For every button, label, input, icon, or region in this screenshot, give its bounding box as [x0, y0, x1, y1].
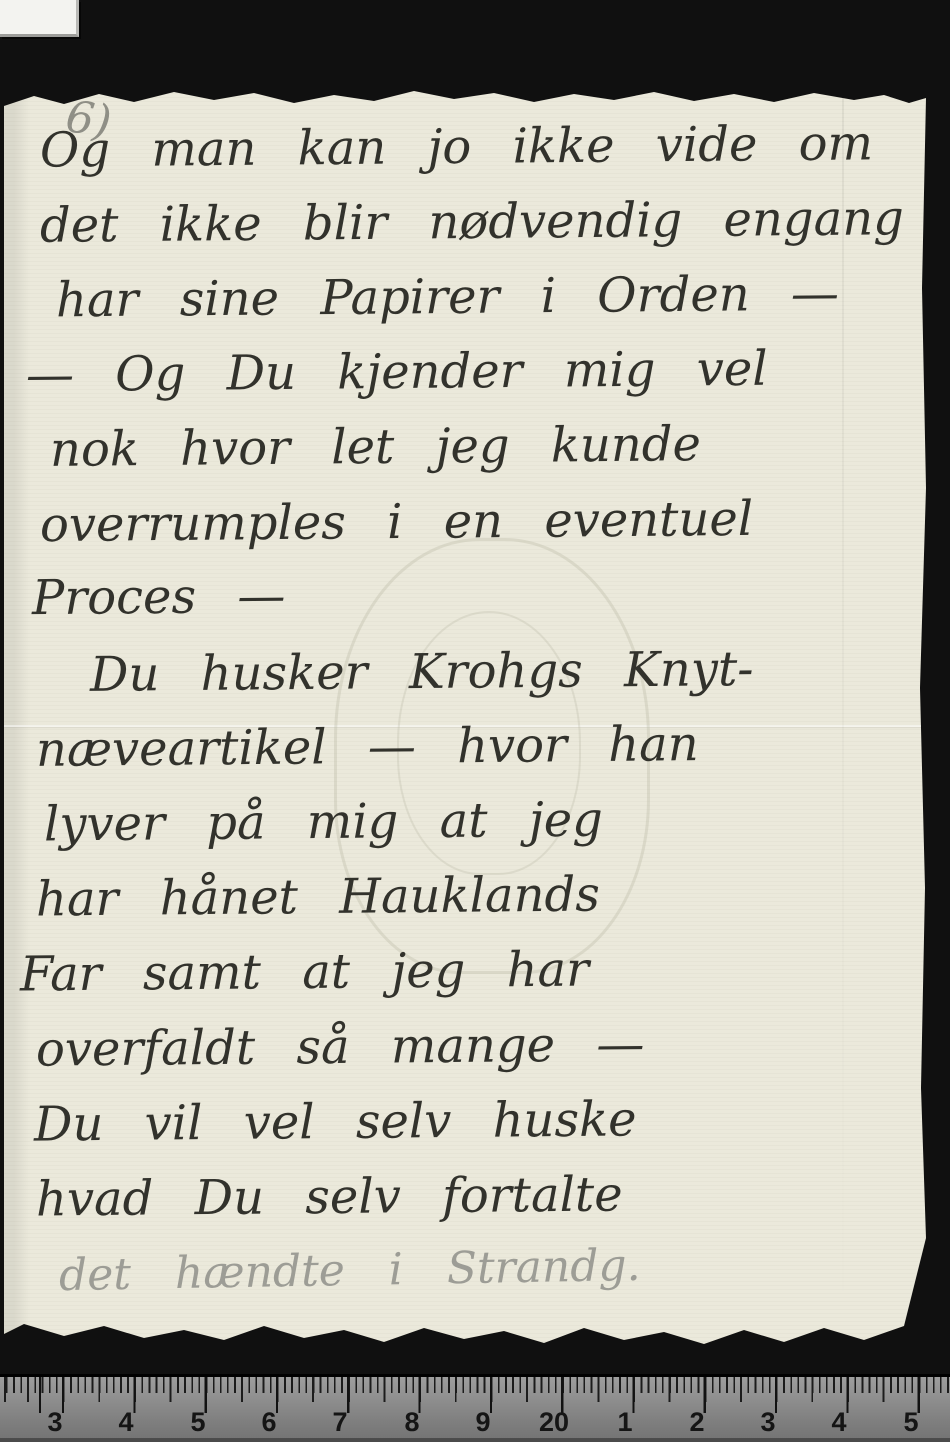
- ink-line: Du husker Krohgs Knyt-: [90, 645, 754, 699]
- ink-line: har hånet Hauklands: [36, 871, 600, 924]
- ink-line: overfaldt så mange —: [36, 1020, 645, 1073]
- ruler-label: 4: [118, 1407, 133, 1438]
- ink-line: Og man kan jo ikke vide om: [40, 119, 873, 174]
- ruler-label: 1: [617, 1407, 632, 1438]
- ink-line: Far samt at jeg har: [20, 946, 589, 999]
- ink-line: lyver på mig at jeg: [44, 796, 603, 849]
- ink-line: det ikke blir nødvendig engang: [40, 194, 904, 250]
- ruler-label: 3: [47, 1407, 62, 1438]
- ruler-label: 5: [190, 1407, 205, 1438]
- ink-line: Du vil vel selv huske: [34, 1095, 637, 1148]
- ruler-label: 4: [831, 1407, 846, 1438]
- ruler-label: 20: [539, 1407, 569, 1438]
- vertical-fold-crease: [842, 88, 844, 1346]
- pencil-annotation: det hændte i Strandg.: [59, 1240, 641, 1301]
- letter-page: 6) Og man kan jo ikke vide omdet ikke bl…: [4, 88, 926, 1346]
- ruler-label: 7: [332, 1407, 347, 1438]
- ruler-label: 2: [689, 1407, 704, 1438]
- ink-line: næveartikel — hvor han: [36, 720, 699, 774]
- ruler-label: 6: [261, 1407, 276, 1438]
- ink-line: overrumples i en eventuel: [40, 495, 754, 549]
- ink-line: — Og Du kjender mig vel: [26, 345, 768, 399]
- ink-line: hvad Du selv fortalte: [36, 1170, 623, 1223]
- ruler-label: 8: [404, 1407, 419, 1438]
- scanned-letter-page: 6) Og man kan jo ikke vide omdet ikke bl…: [0, 0, 950, 1442]
- ruler-label: 3: [760, 1407, 775, 1438]
- ink-line: har sine Papirer i Orden —: [56, 270, 839, 325]
- ruler-label: 5: [903, 1407, 918, 1438]
- archive-corner-label: [0, 0, 79, 37]
- ruler-label: 9: [475, 1407, 490, 1438]
- ink-line: nok hvor let jeg kunde: [50, 420, 701, 474]
- ruler: 34567892012345: [0, 1374, 950, 1442]
- ink-line: Proces —: [32, 572, 286, 622]
